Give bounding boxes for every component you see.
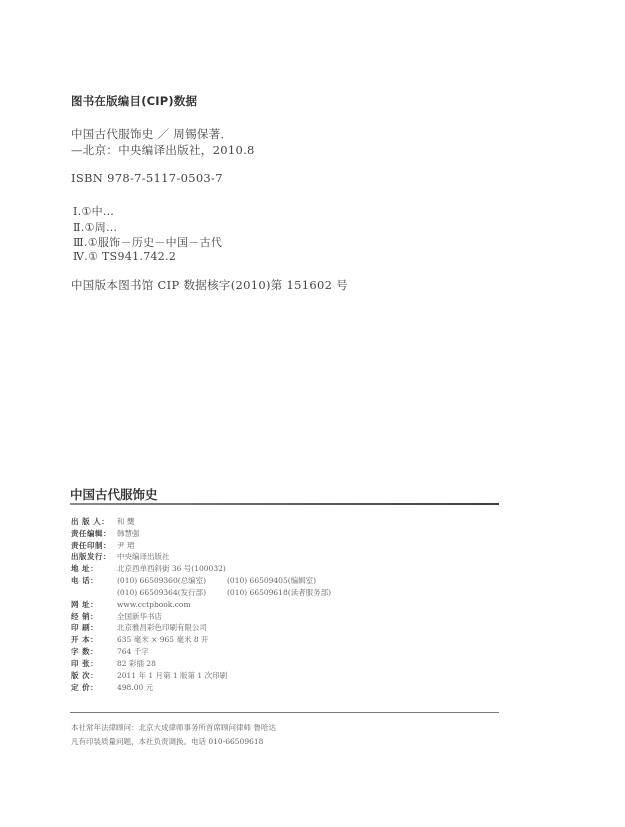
row-label: 印 张： <box>71 658 117 670</box>
row-label: 出版发行： <box>71 551 117 563</box>
row-value: 635 毫米 × 965 毫米 8 开 <box>117 634 209 646</box>
row-value: 82 彩插 28 <box>117 658 227 670</box>
colophon-row-price: 定 价：498.00 元 <box>71 682 227 694</box>
row-value: 中央编译出版社 <box>117 551 227 563</box>
row-value-2: (010) 66509405(编辑室) <box>227 575 316 587</box>
colophon-row-distributor: 出版发行：中央编译出版社 <box>71 551 227 563</box>
row-label: 开 本： <box>71 634 117 646</box>
book-title: 中国古代服饰史 <box>70 485 158 503</box>
colophon-row-format: 开 本：635 毫米 × 965 毫米 8 开 <box>71 634 209 646</box>
row-value: 韩慧强 <box>117 528 227 540</box>
colophon-row-address: 地 址：北京西单西斜街 36 号(100032) <box>71 563 227 575</box>
bottom-divider <box>70 712 499 713</box>
colophon-row-website: 网 址：www.cctpbook.com <box>71 599 227 611</box>
top-divider <box>70 503 499 505</box>
quality-issue-note: 凡有印装质量问题，本社负责调换。电话 010-66509618 <box>71 736 263 747</box>
colophon-row-edition: 版 次：2011 年 1 月第 1 版第 1 次印刷 <box>71 670 227 682</box>
row-value: (010) 66509364(发行部) <box>117 587 227 599</box>
row-value-2: (010) 66509618(读者服务部) <box>227 587 331 599</box>
row-label: 印 刷： <box>71 622 117 634</box>
row-label: 责任编辑： <box>71 528 117 540</box>
cip-heading: 图书在版编目(CIP)数据 <box>71 93 197 109</box>
row-value: 498.00 元 <box>117 682 227 694</box>
row-value: 764 千字 <box>117 646 227 658</box>
row-value: 北京西单西斜街 36 号(100032) <box>117 563 227 575</box>
colophon-row-printer: 印 刷：北京雅昌彩色印刷有限公司 <box>71 622 207 634</box>
colophon-row-publisher-person: 出 版 人：和 龑 <box>71 516 227 528</box>
row-label: 版 次： <box>71 670 117 682</box>
cip-number: 中国版本图书馆 CIP 数据核字(2010)第 151602 号 <box>71 277 348 293</box>
row-value: 和 龑 <box>117 516 227 528</box>
colophon-row-phone-1: 电 话：(010) 66509360(总编室)(010) 66509405(编辑… <box>71 575 316 587</box>
cip-class-1: Ⅰ.①中… <box>73 203 114 219</box>
row-label: 字 数： <box>71 646 117 658</box>
row-label: 地 址： <box>71 563 117 575</box>
colophon-row-phone-2: (010) 66509364(发行部)(010) 66509618(读者服务部) <box>71 587 331 599</box>
colophon-row-word-count: 字 数：764 千字 <box>71 646 227 658</box>
cip-isbn: ISBN 978-7-5117-0503-7 <box>71 171 223 185</box>
row-label: 电 话： <box>71 575 117 587</box>
cip-title-author: 中国古代服饰史 ／ 周锡保著． <box>71 126 232 142</box>
row-label: 网 址： <box>71 599 117 611</box>
cip-class-3: Ⅲ.①服饰－历史－中国－古代 <box>73 234 222 250</box>
row-value: (010) 66509360(总编室) <box>117 575 227 587</box>
cip-class-2: Ⅱ.①周… <box>73 219 117 235</box>
row-label: 定 价： <box>71 682 117 694</box>
row-value: 2011 年 1 月第 1 版第 1 次印刷 <box>117 670 227 682</box>
legal-counsel-note: 本社常年法律顾问：北京大成律师事务所首席顾问律师 鲁哈达 <box>71 722 276 733</box>
colophon-row-sheets: 印 张：82 彩插 28 <box>71 658 227 670</box>
cip-publisher: —北京：中央编译出版社，2010.8 <box>71 142 255 158</box>
row-label: 出 版 人： <box>71 516 117 528</box>
colophon-row-editor: 责任编辑：韩慧强 <box>71 528 227 540</box>
row-value: 北京雅昌彩色印刷有限公司 <box>117 622 207 634</box>
cip-class-4: Ⅳ.① TS941.742.2 <box>73 250 176 263</box>
row-value: www.cctpbook.com <box>117 599 227 611</box>
